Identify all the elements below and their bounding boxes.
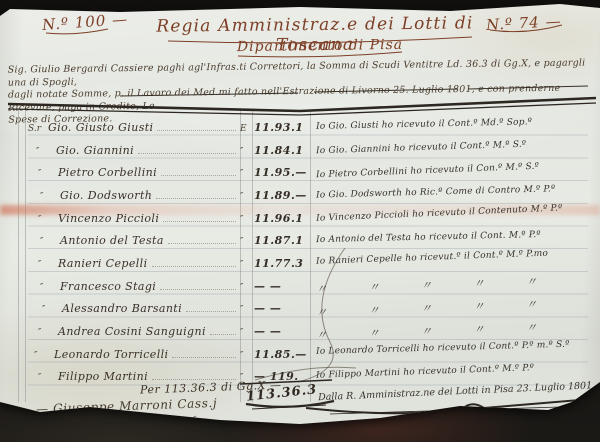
amount: 11.77.3 (254, 257, 310, 270)
amount: 11.85.— (254, 348, 310, 361)
row-prefix: ″ (40, 283, 60, 293)
table-row: ″ Francesco Stagi ″ — — (28, 273, 310, 293)
amount-ditto: ″ (240, 192, 254, 202)
payee-name: Gio. Dodsworth (60, 189, 152, 202)
amount-ditto: ″ (240, 147, 254, 157)
payee-name: Vincenzo Piccioli (58, 212, 159, 225)
row-prefix: ″ (42, 305, 62, 315)
amount-ditto: ″ (240, 215, 254, 225)
amount: — — (254, 325, 310, 338)
dotted-leader (168, 243, 236, 244)
amount: 11.87.1 (254, 234, 310, 247)
row-prefix: ″ (38, 373, 58, 383)
dotted-leader (161, 175, 236, 176)
table-row: ″ Vincenzo Piccioli ″ 11.96.1 (28, 205, 310, 225)
row-prefix: ″ (38, 169, 58, 179)
amount: 11.95.— (254, 166, 310, 179)
table-row: ″ Gio. Giannini ″ 11.84.1 (28, 137, 310, 157)
dotted-leader (152, 266, 236, 267)
document-number-right: N.º 74 — (486, 12, 562, 34)
row-prefix: S.r (28, 124, 48, 134)
payee-name: Gio. Giusto Giusti (48, 121, 153, 134)
amount: 11.93.1 (254, 121, 310, 134)
amount-ditto: ″ (240, 305, 254, 315)
dotted-leader (163, 221, 236, 222)
document-sheet: N.º 100 — Regia Amministraz.e dei Lotti … (0, 0, 600, 442)
amount-ditto: ″ (240, 328, 254, 338)
margin-rule-2 (25, 110, 26, 402)
paper-surface: N.º 100 — Regia Amministraz.e dei Lotti … (0, 0, 600, 442)
signature-cashier: — Giuseppe Marroni Cass.j (36, 396, 218, 416)
amount-ditto: ″ (240, 260, 254, 270)
dotted-leader (172, 357, 236, 358)
table-row: ″ Leonardo Torricelli ″ 11.85.— (28, 341, 310, 361)
row-prefix: ″ (38, 328, 58, 338)
dotted-leader (157, 130, 236, 131)
table-row: ″ Pietro Corbellini ″ 11.95.— (28, 159, 310, 179)
row-prefix: ″ (40, 192, 60, 202)
table-row: ″ Ranieri Cepelli ″ 11.77.3 (28, 250, 310, 270)
row-prefix: ″ (38, 215, 58, 225)
amount-ditto: ″ (240, 283, 254, 293)
table-row: ″ Alessandro Barsanti ″ — — (28, 295, 310, 315)
payee-name: Antonio del Testa (60, 234, 164, 247)
table-row: ″ Gio. Dodsworth ″ 11.89.— (28, 182, 310, 202)
table-row: S.r Gio. Giusto Giusti E 11.93.1 (28, 114, 310, 134)
signature-official: Luigi Galletti (504, 399, 600, 442)
amount: 11.84.1 (254, 144, 310, 157)
amount-column-rule-3 (310, 110, 311, 402)
row-prefix: ″ (40, 237, 60, 247)
amount-ditto: E (240, 124, 254, 134)
document-number-left: N.º 100 — (41, 10, 128, 34)
row-prefix: ″ (36, 147, 56, 157)
photo-of-document: { "header": { "doc_number_left": "N.º 10… (0, 0, 600, 442)
row-prefix: ″ (34, 351, 54, 361)
dotted-leader (156, 198, 236, 199)
dotted-leader (138, 153, 236, 154)
margin-rule-1 (18, 110, 19, 402)
payee-name: Alessandro Barsanti (62, 302, 182, 315)
payee-name: Filippo Martini (58, 370, 148, 383)
payee-name: Gio. Giannini (56, 144, 134, 157)
payee-name: Ranieri Cepelli (58, 257, 148, 270)
dotted-leader (210, 334, 236, 335)
table-row: ″ Antonio del Testa ″ 11.87.1 (28, 227, 310, 247)
dotted-leader (160, 289, 236, 290)
amount: 11.96.1 (254, 212, 310, 225)
amount: — — (254, 302, 310, 315)
table-row: ″ Andrea Cosini Sanguigni ″ — — (28, 318, 310, 338)
amount-ditto: ″ (240, 237, 254, 247)
corner-mark: B.1 (584, 416, 592, 422)
row-prefix: ″ (38, 260, 58, 270)
payee-name: Andrea Cosini Sanguigni (58, 325, 206, 338)
dotted-leader (186, 311, 236, 312)
document-subtitle: Dipartimento di Pisa (200, 36, 440, 55)
amount-ditto: ″ (240, 169, 254, 179)
amount-ditto: ″ (240, 351, 254, 361)
payee-name: Francesco Stagi (60, 280, 156, 293)
amount: — — (254, 280, 310, 293)
payee-name: Leonardo Torricelli (54, 348, 168, 361)
amount: 11.89.— (254, 189, 310, 202)
signature-flourishes (52, 412, 596, 430)
payee-name: Pietro Corbellini (58, 166, 157, 179)
